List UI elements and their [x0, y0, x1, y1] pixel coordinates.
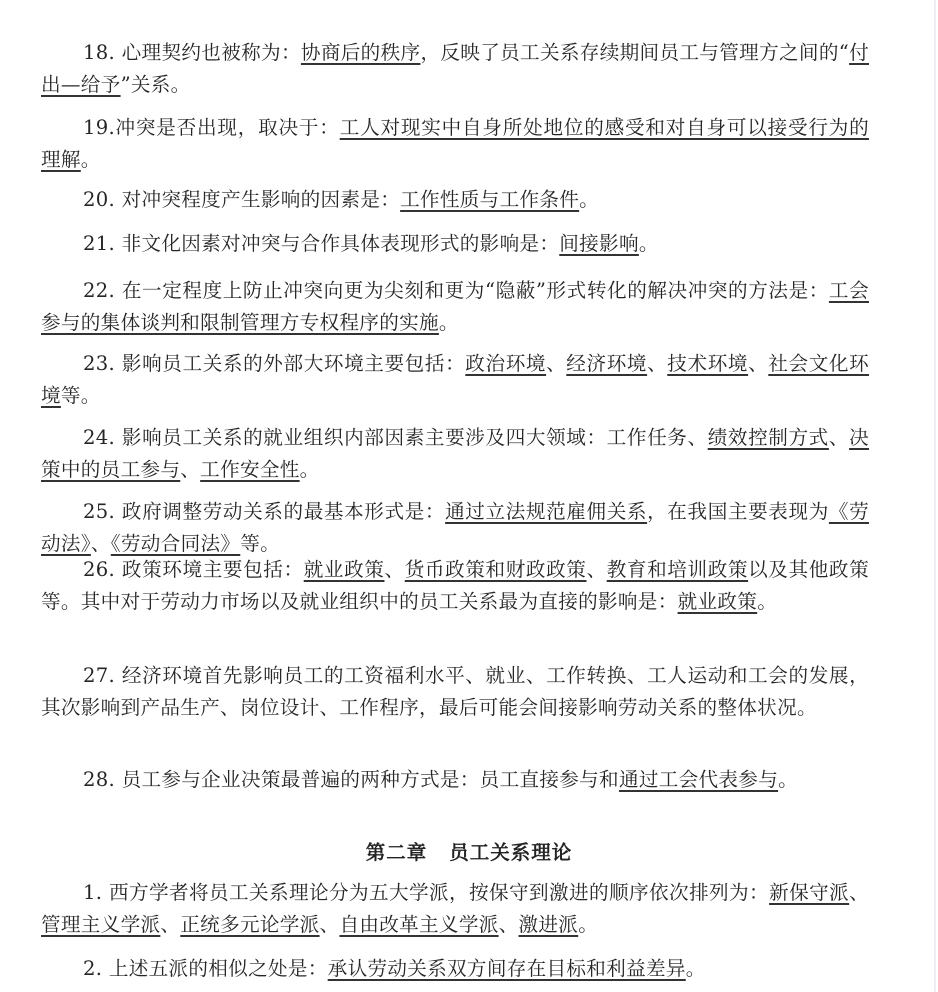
text-segment: 、 [748, 352, 768, 375]
item-number: 2. [83, 957, 102, 980]
chapter2-item-2: 2. 上述五派的相似之处是：承认劳动关系双方间存在目标和利益差异。 [41, 953, 869, 985]
text-segment: 政策环境主要包括： [122, 558, 304, 581]
text-segment: 影响员工关系的就业组织内部因素主要涉及四大领域：工作任务、 [122, 426, 708, 449]
item-number: 28. [83, 768, 115, 791]
text-segment: 。 [579, 188, 599, 211]
underlined-answer: 激进派 [519, 913, 579, 936]
underlined-answer: 正统多元论学派 [180, 913, 319, 936]
item-number: 24. [83, 426, 115, 449]
underlined-answer: 《劳动合同法》 [111, 532, 240, 555]
item-number: 25. [83, 500, 115, 523]
text-segment: 经济环境首先影响员工的工资福利水平、就业、工作转换、工人运动和工会的发展，其次影… [41, 664, 869, 719]
text-segment: 西方学者将员工关系理论分为五大学派，按保守到激进的顺序依次排列为： [109, 881, 769, 904]
text-segment: 、 [849, 881, 869, 904]
underlined-answer: 协商后的秩序 [301, 41, 421, 64]
underlined-answer: 间接影响 [559, 232, 639, 255]
chapter-heading: 第二章员工关系理论 [0, 837, 938, 865]
item-number: 1. [83, 881, 102, 904]
text-segment: 政府调整劳动关系的最基本形式是： [122, 500, 445, 523]
underlined-answer: 新保守派 [769, 881, 849, 904]
underlined-answer: 工作性质与工作条件 [400, 188, 579, 211]
item-number: 18. [83, 41, 115, 64]
underlined-answer: 就业政策 [678, 590, 758, 613]
text-segment: 。 [778, 768, 798, 791]
text-segment: 。 [686, 957, 706, 980]
text-segment: 员工参与企业决策最普遍的两种方式是：员工直接参与和 [122, 768, 619, 791]
item-number: 26. [83, 558, 115, 581]
text-segment: 。 [639, 232, 659, 255]
item-28: 28. 员工参与企业决策最普遍的两种方式是：员工直接参与和通过工会代表参与。 [41, 764, 869, 796]
underlined-answer: 通过工会代表参与 [619, 768, 778, 791]
underlined-answer: 政治环境 [465, 352, 546, 375]
item-19: 19.冲突是否出现，取决于：工人对现实中自身所处地位的感受和对自身可以接受行为的… [41, 112, 869, 175]
text-segment: ，在我国主要表现为 [647, 500, 829, 523]
text-segment: 、 [160, 913, 180, 936]
text-segment: 、 [587, 558, 607, 581]
text-segment: 等。 [240, 532, 280, 555]
item-20: 20. 对冲突程度产生影响的因素是：工作性质与工作条件。 [41, 184, 869, 216]
item-22: 22. 在一定程度上防止冲突向更为尖刻和更为“隐蔽”形式转化的解决冲突的方法是：… [41, 275, 869, 338]
text-segment: 、 [647, 352, 667, 375]
text-segment: 、 [829, 426, 849, 449]
text-segment: 、 [91, 532, 111, 555]
text-segment: 。 [757, 590, 777, 613]
text-segment: 、 [546, 352, 566, 375]
item-number: 20. [83, 188, 115, 211]
underlined-answer: 货币政策和财政政策 [405, 558, 587, 581]
text-segment: 、 [320, 913, 340, 936]
text-segment: 对冲突程度产生影响的因素是： [122, 188, 401, 211]
text-segment: 、 [180, 458, 200, 481]
chapter-title: 员工关系理论 [449, 841, 572, 864]
underlined-answer: 承认劳动关系双方间存在目标和利益差异 [328, 957, 686, 980]
item-number: 23. [83, 352, 115, 375]
underlined-answer: 教育和培训政策 [607, 558, 748, 581]
chapter2-item-1: 1. 西方学者将员工关系理论分为五大学派，按保守到激进的顺序依次排列为：新保守派… [41, 877, 869, 940]
text-segment: 。 [439, 311, 459, 334]
item-23: 23. 影响员工关系的外部大环境主要包括：政治环境、经济环境、技术环境、社会文化… [41, 348, 869, 411]
item-27: 27. 经济环境首先影响员工的工资福利水平、就业、工作转换、工人运动和工会的发展… [41, 660, 869, 723]
text-segment: ”关系。 [121, 73, 191, 96]
underlined-answer: 通过立法规范雇佣关系 [445, 500, 647, 523]
item-number: 22. [83, 279, 115, 302]
text-segment: 、 [385, 558, 405, 581]
text-segment: 在一定程度上防止冲突向更为尖刻和更为“隐蔽”形式转化的解决冲突的方法是： [122, 279, 829, 302]
item-number: 19. [83, 116, 115, 139]
text-segment: 、 [499, 913, 519, 936]
item-number: 21. [83, 232, 115, 255]
item-24: 24. 影响员工关系的就业组织内部因素主要涉及四大领域：工作任务、绩效控制方式、… [41, 422, 869, 485]
item-18: 18. 心理契约也被称为：协商后的秩序，反映了员工关系存续期间员工与管理方之间的… [41, 37, 869, 100]
page-edge-divider [934, 0, 936, 992]
underlined-answer: 绩效控制方式 [708, 426, 829, 449]
text-segment: 等。 [61, 384, 101, 407]
text-segment: 上述五派的相似之处是： [109, 957, 328, 980]
underlined-answer: 自由改革主义学派 [339, 913, 498, 936]
item-26: 26. 政策环境主要包括：就业政策、货币政策和财政政策、教育和培训政策以及其他政… [41, 554, 869, 617]
text-segment: 。 [578, 913, 598, 936]
text-segment: ，反映了员工关系存续期间员工与管理方之间的“ [420, 41, 849, 64]
underlined-answer: 经济环境 [566, 352, 647, 375]
underlined-answer: 就业政策 [304, 558, 385, 581]
chapter-number: 第二章 [366, 841, 428, 864]
item-25: 25. 政府调整劳动关系的最基本形式是：通过立法规范雇佣关系，在我国主要表现为《… [41, 496, 869, 559]
text-segment: 心理契约也被称为： [122, 41, 301, 64]
underlined-answer: 技术环境 [667, 352, 748, 375]
text-segment: 非文化因素对冲突与合作具体表现形式的影响是： [122, 232, 560, 255]
text-segment: 。 [81, 148, 101, 171]
text-segment: 影响员工关系的外部大环境主要包括： [122, 352, 465, 375]
text-segment: 。 [300, 458, 320, 481]
text-segment: 冲突是否出现，取决于： [115, 116, 340, 139]
underlined-answer: 管理主义学派 [41, 913, 160, 936]
item-21: 21. 非文化因素对冲突与合作具体表现形式的影响是：间接影响。 [41, 228, 869, 260]
document-page: 18. 心理契约也被称为：协商后的秩序，反映了员工关系存续期间员工与管理方之间的… [0, 0, 934, 992]
underlined-answer: 工作安全性 [200, 458, 299, 481]
item-number: 27. [83, 664, 115, 687]
